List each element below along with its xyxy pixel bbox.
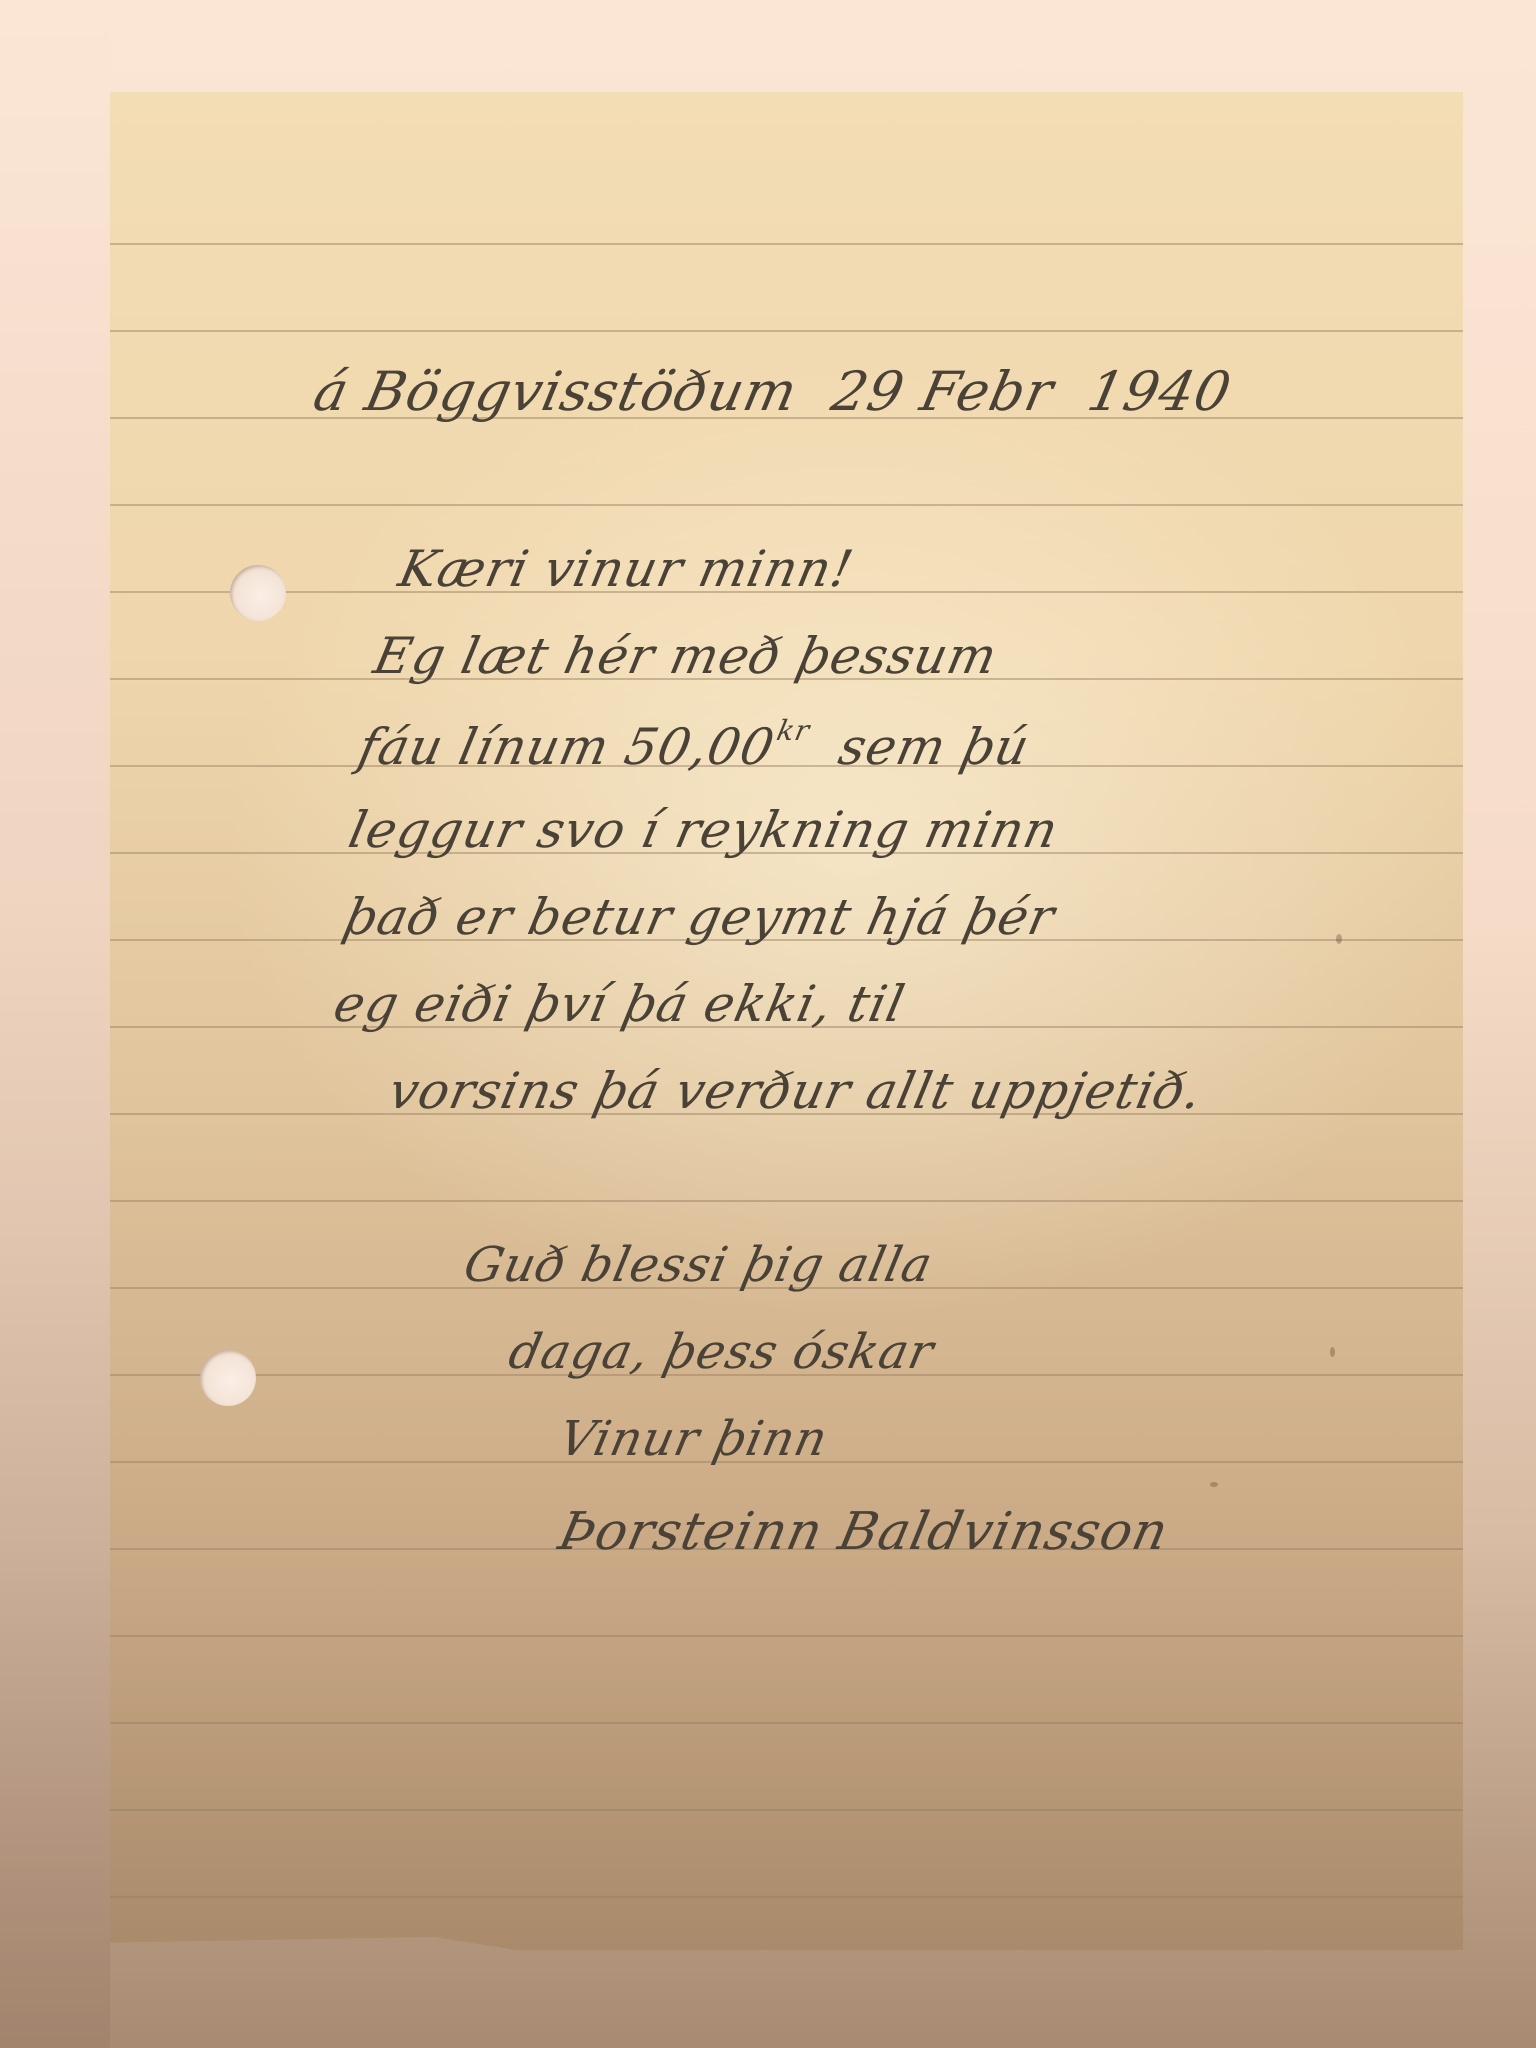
body-line-5: eg eiði því þá ekki, til [329, 975, 910, 1033]
body-line-2-tail: sem þú [834, 718, 1035, 776]
rule-line [110, 1722, 1463, 1724]
body-line-2: fáu línum 50,00kr sem þú [353, 714, 1035, 776]
punch-hole-bottom [200, 1350, 256, 1406]
ink-speck [1210, 1482, 1218, 1487]
ink-speck [1336, 934, 1342, 944]
rule-line [110, 1635, 1463, 1637]
date-day: 29 [826, 360, 910, 423]
letter-paper: á Böggvisstöðum 29 Febr 1940 Kæri vinur … [110, 92, 1463, 1950]
body-line-2-text: fáu línum 50,00 [353, 718, 780, 776]
rule-line [110, 1809, 1463, 1811]
closing-line-3: Vinur þinn [554, 1411, 833, 1467]
place-prefix: á [308, 360, 355, 423]
rule-line [110, 1896, 1463, 1898]
closing-line-1: Guð blessi þig alla [459, 1237, 938, 1293]
rule-line [110, 1200, 1463, 1202]
closing-line-2: daga, þess óskar [504, 1324, 939, 1380]
date-month: Febr [915, 360, 1059, 423]
body-line-1: Eg læt hér með þessum [369, 627, 1003, 685]
signature: Þorsteinn Baldvinsson [554, 1502, 1174, 1562]
rule-line [110, 330, 1463, 332]
body-line-4: það er betur geymt hjá þér [339, 888, 1060, 946]
body-line-6: vorsins þá verður allt uppjetið. [384, 1062, 1208, 1120]
place-date-line: á Böggvisstöðum 29 Febr 1940 [308, 360, 1237, 423]
rule-line [110, 504, 1463, 506]
salutation: Kæri vinur minn! [394, 540, 859, 598]
ink-speck [1330, 1347, 1335, 1357]
body-line-3: leggur svo í reykning minn [344, 801, 1064, 859]
rule-line [110, 243, 1463, 245]
place-name: Böggvisstöðum [360, 360, 804, 423]
punch-hole-top [230, 565, 286, 621]
amount-unit: kr [774, 714, 813, 747]
date-year: 1940 [1082, 360, 1237, 423]
background-shadow [0, 0, 110, 2048]
